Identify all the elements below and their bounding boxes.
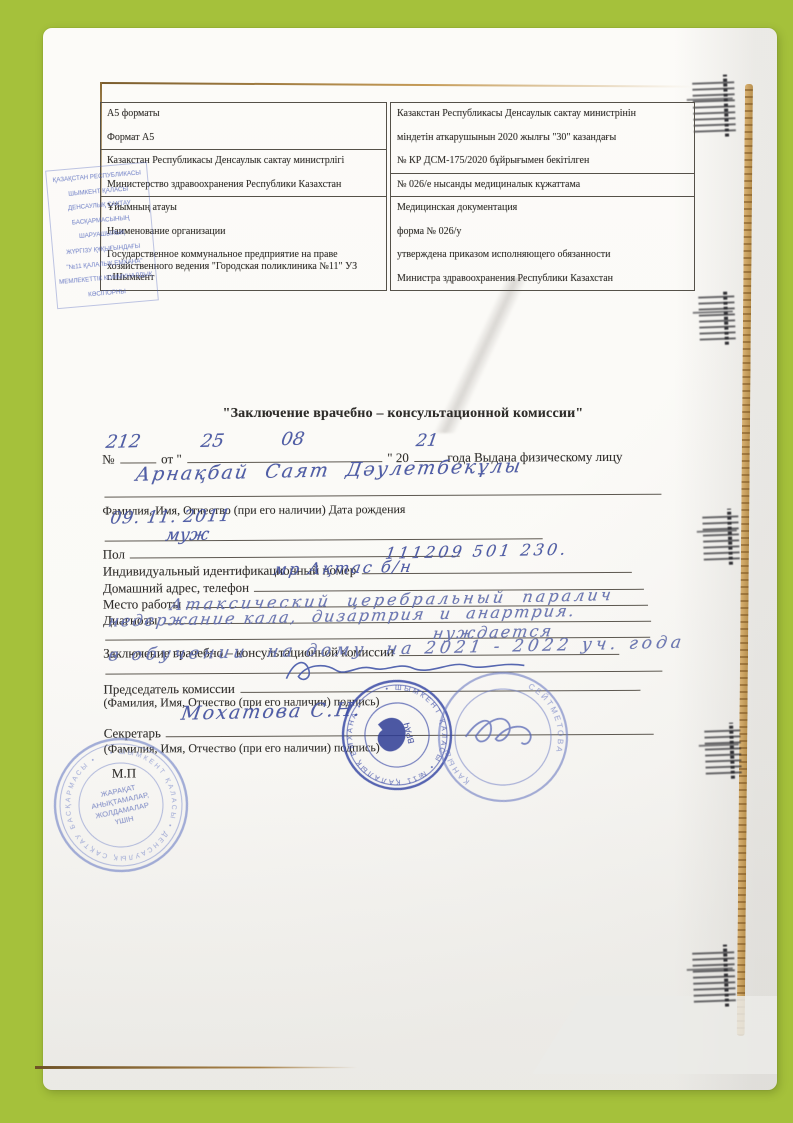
- binding-mark: [702, 513, 740, 560]
- referrals-round-stamp: • ШЫМКЕНТ ҚАЛАСЫ • ДЕНСАУЛЫҚ САҚТАУ БАСҚ…: [38, 722, 204, 888]
- number-underline: 212: [120, 447, 156, 463]
- order-line-1: Казакстан Республикасы Денсаулык сактау …: [397, 108, 688, 120]
- doctor-stamp-signature: [465, 714, 532, 748]
- med-doc-line-2: форма № 026/у: [397, 226, 688, 238]
- form-body: № 212 от " 25 08 " 20 21 года Выдана физ…: [100, 26, 720, 29]
- binding-mark: [692, 949, 736, 1002]
- format-ru: Формат А5: [107, 132, 380, 144]
- paper-edge-bottom-line: [35, 1066, 357, 1069]
- field-name: Арнақбай Саят Дәулетбекұлы: [102, 479, 663, 502]
- form-code-kz: № 026/е нысанды медициналык кұжаттама: [397, 179, 688, 191]
- cell-form-code-kz: № 026/е нысанды медициналык кұжаттама: [391, 174, 694, 198]
- scan-app-background: { "palette": { "frame_green": "#a5c13b",…: [0, 0, 793, 1123]
- cell-order: Казакстан Республикасы Денсаулык сактау …: [391, 103, 694, 174]
- handwritten-address: мр Ақтас б/н: [273, 557, 415, 579]
- binding-mark: [692, 79, 736, 132]
- handwritten-number: 212: [104, 431, 142, 453]
- paper-stack-edge-strip: [737, 84, 753, 1036]
- handwritten-date: 25 08: [199, 429, 306, 452]
- header-table-right-column: Казакстан Республикасы Денсаулык сактау …: [390, 102, 695, 291]
- handwritten-year: 21: [414, 431, 439, 452]
- cell-format: А5 форматы Формат А5: [101, 103, 386, 150]
- underlying-page-corner: [532, 996, 777, 1074]
- scanned-page: А5 форматы Формат А5 Казакстан Республик…: [43, 28, 777, 1090]
- ministry-kz: Казакстан Республикасы Денсаулык сактау …: [107, 155, 380, 167]
- organization-rect-stamp: ҚАЗАҚСТАН РЕСПУБЛИКАСЫ ШЫМКЕНТ ҚАЛАСЫ ДЕ…: [45, 162, 159, 310]
- binding-mark: [698, 295, 736, 340]
- cell-med-doc: Медицинская документация форма № 026/у у…: [391, 197, 694, 290]
- med-doc-line-4: Министра здравоохранения Республики Каза…: [397, 273, 688, 285]
- order-line-2: міндетін аткарушынын 2020 жылғы "30" каз…: [397, 132, 688, 144]
- order-line-3: № КР ДСМ-175/2020 бұйрығымен бекітілген: [397, 155, 688, 167]
- header-table: А5 форматы Формат А5 Казакстан Республик…: [100, 102, 695, 291]
- med-doc-line-1: Медицинская документация: [397, 202, 688, 214]
- binding-mark: [704, 727, 742, 774]
- document-title: "Заключение врачебно – консультационной …: [83, 406, 723, 422]
- vrach-stamp-emblem: [376, 718, 407, 752]
- paper-edge-top-line: [101, 82, 693, 88]
- doctor-personal-stamp: СЕЙТМЕТОВА ҚАНЫШ: [427, 661, 578, 812]
- med-doc-line-3: утверждена приказом исполняющего обязанн…: [397, 249, 688, 261]
- number-label: №: [102, 452, 114, 468]
- name-underline: Арнақбай Саят Дәулетбекұлы: [104, 479, 661, 498]
- format-kz: А5 форматы: [107, 108, 380, 120]
- handwritten-sex: муж: [165, 525, 211, 546]
